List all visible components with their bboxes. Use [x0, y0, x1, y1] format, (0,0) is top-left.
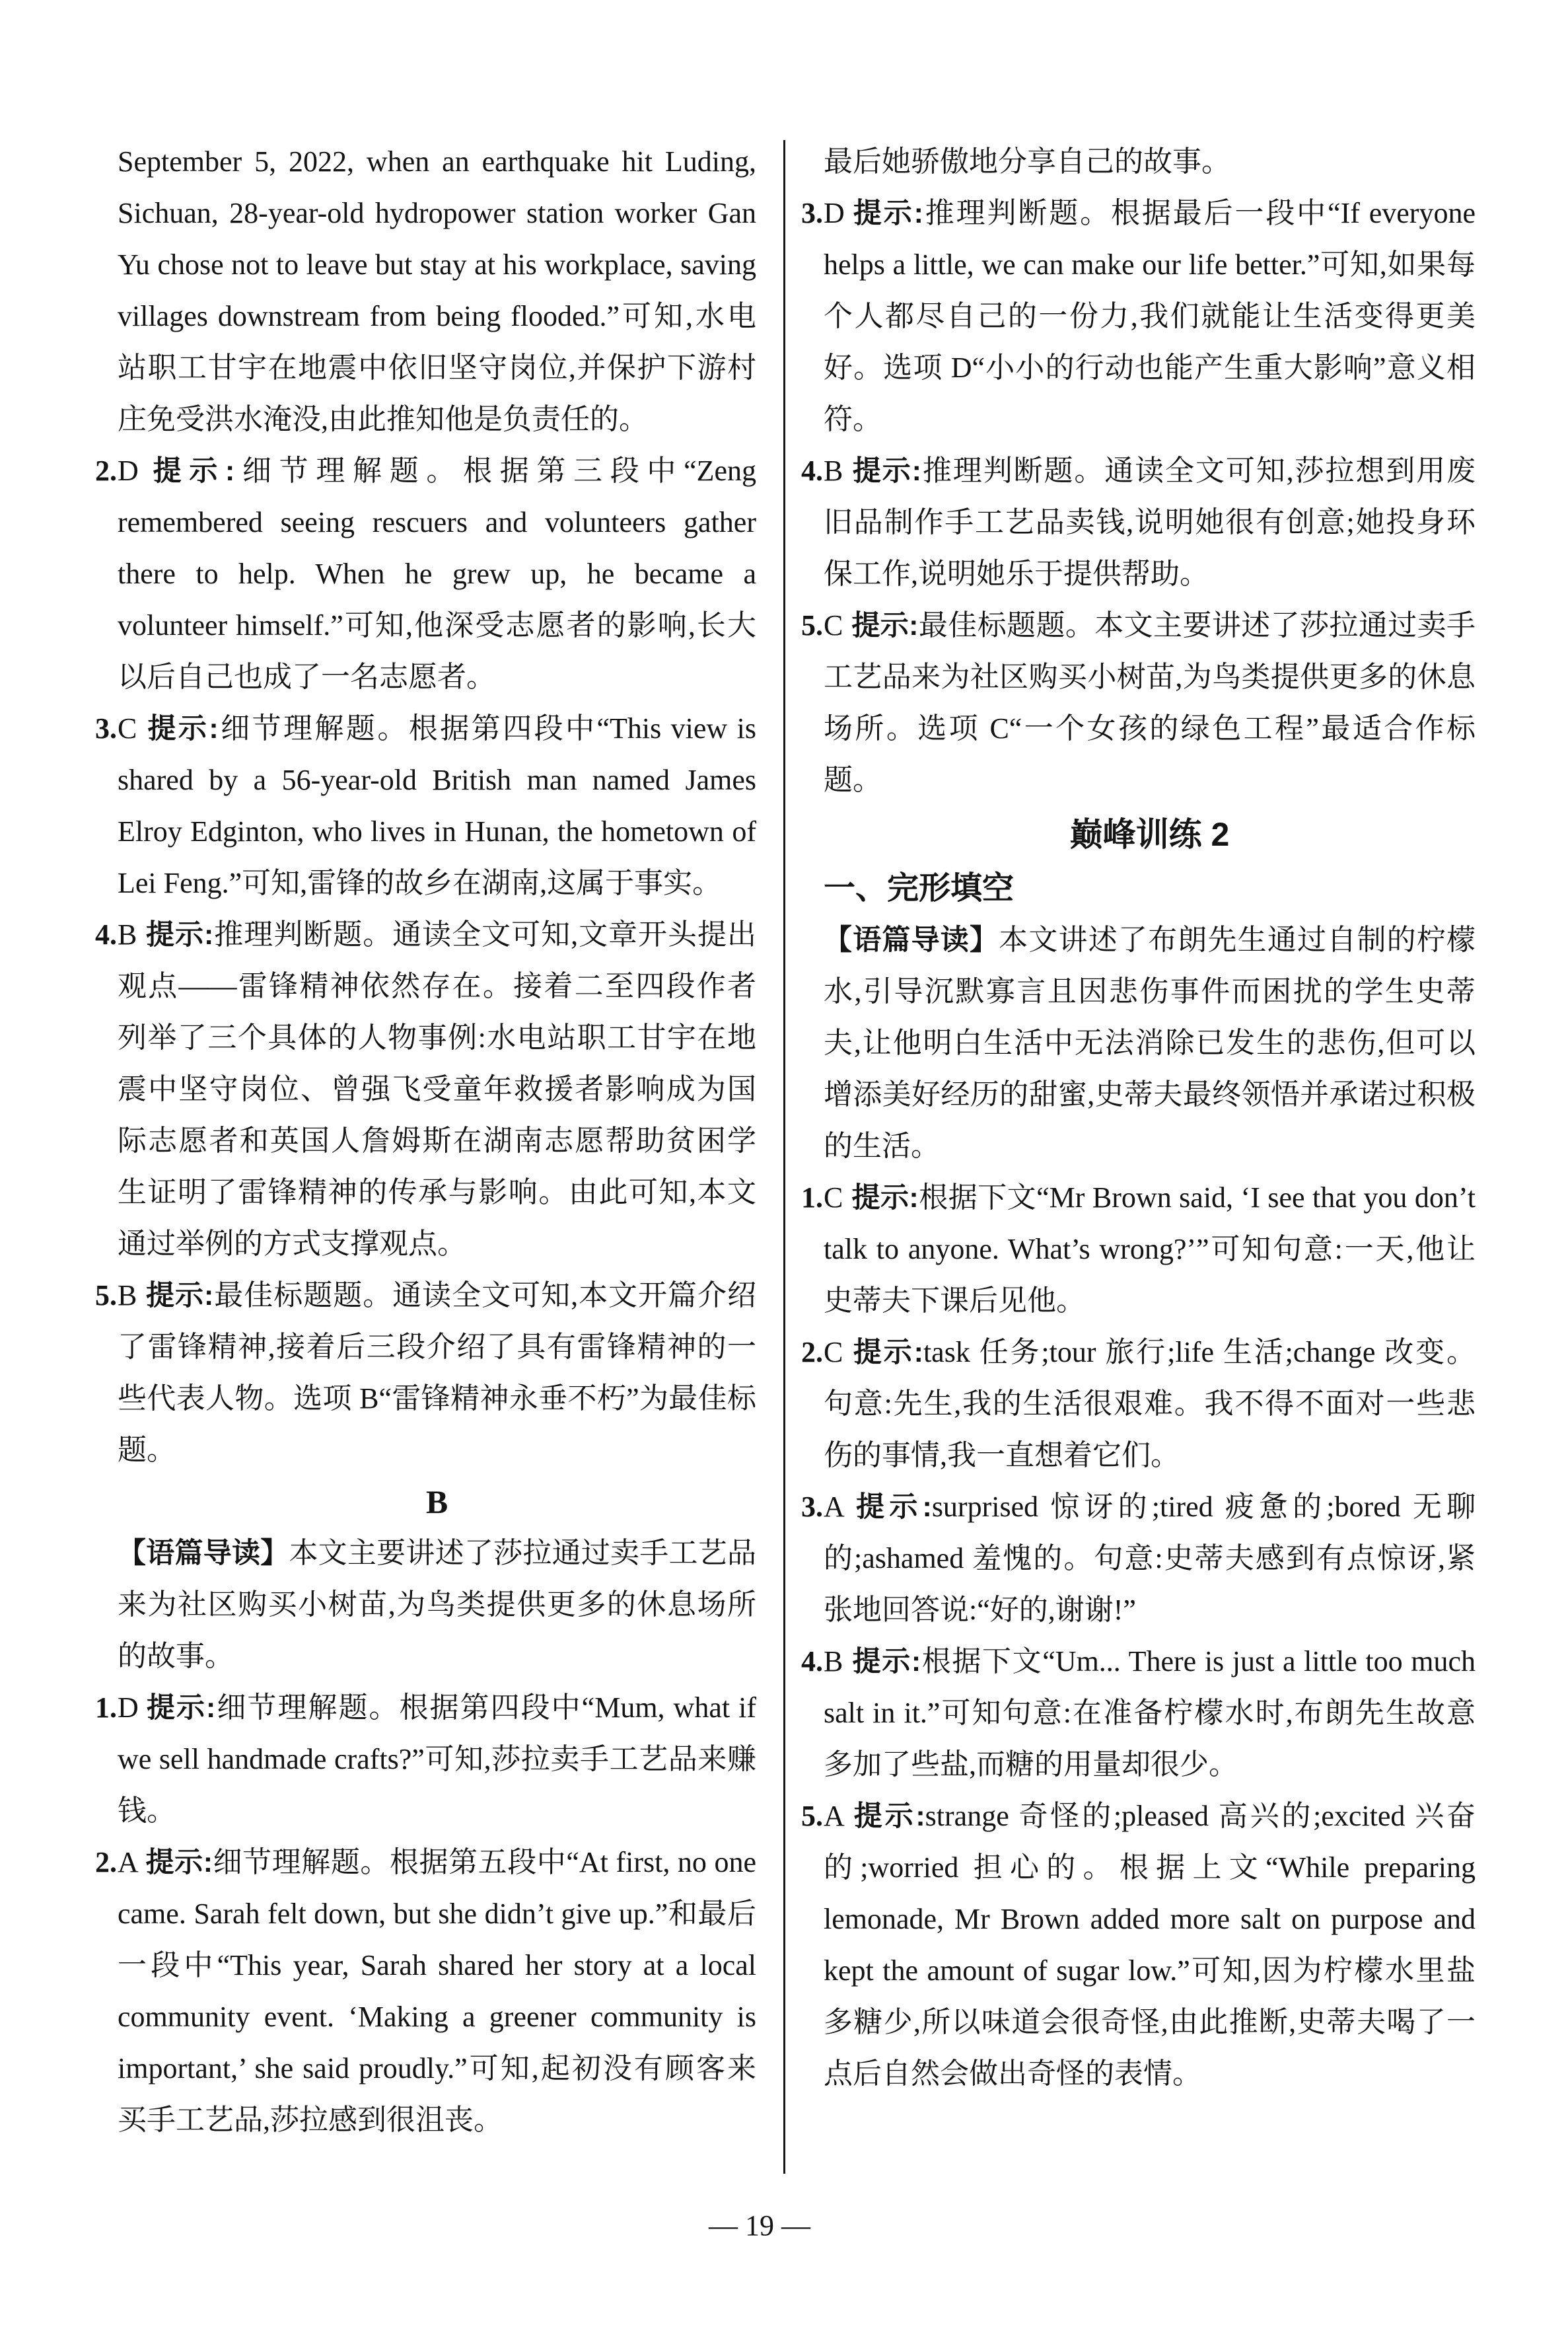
item-number: 5. [801, 1790, 824, 1842]
item-explanation: 根据下文“Um... There is just a little too mu… [824, 1645, 1476, 1781]
continued-paragraph: September 5, 2022, when an earthquake hi… [118, 136, 756, 445]
item-number: 1. [95, 1682, 118, 1734]
answer-item: 2.C提示:task 任务;tour 旅行;life 生活;change 改变。… [824, 1327, 1476, 1481]
answer-item: 2.A提示:细节理解题。根据第五段中“At first, no one came… [118, 1837, 756, 2146]
item-number: 3. [95, 703, 118, 755]
item-explanation: 推理判断题。根据最后一段中“If everyone helps a little… [824, 197, 1476, 435]
answer-item: 3.A提示:surprised 惊讶的;tired 疲惫的;bored 无聊的;… [824, 1481, 1476, 1636]
answer-letter: C [118, 703, 145, 755]
answer-item: 5.C提示:最佳标题题。本文主要讲述了莎拉通过卖手工艺品来为社区购买小树苗,为鸟… [824, 600, 1476, 806]
workbook-answer-page: September 5, 2022, when an earthquake hi… [0, 0, 1568, 2325]
answer-letter: C [824, 600, 851, 651]
answer-item: 4.B提示:推理判断题。通读全文可知,文章开头提出观点——雷锋精神依然存在。接着… [118, 909, 756, 1270]
answer-item: 3.D提示:推理判断题。根据最后一段中“If everyone helps a … [824, 188, 1476, 445]
guide-label: 【语篇导读】 [118, 1537, 289, 1569]
answer-letter: B [118, 909, 145, 961]
answer-item: 1.D提示:细节理解题。根据第四段中“Mum, what if we sell … [118, 1682, 756, 1837]
item-number: 5. [95, 1270, 118, 1321]
item-number: 2. [95, 1837, 118, 1888]
column-divider-rule [783, 140, 785, 2174]
item-explanation: 推理判断题。通读全文可知,文章开头提出观点——雷锋精神依然存在。接着二至四段作者… [118, 918, 756, 1260]
answer-item: 1.C提示:根据下文“Mr Brown said, ‘I see that yo… [824, 1172, 1476, 1327]
answer-letter: A [118, 1837, 145, 1888]
answer-letter: C [824, 1327, 851, 1378]
right-column: 最后她骄傲地分享自己的故事。3.D提示:推理判断题。根据最后一段中“If eve… [824, 136, 1476, 2100]
item-explanation: 推理判断题。通读全文可知,莎拉想到用废旧品制作手工艺品卖钱,说明她很有创意;她投… [824, 455, 1476, 590]
item-number: 2. [95, 445, 118, 497]
tip-label: 提示: [851, 1646, 921, 1678]
answer-letter: C [824, 1172, 851, 1224]
item-explanation: 根据下文“Mr Brown said, ‘I see that you don’… [824, 1181, 1476, 1317]
item-number: 4. [95, 909, 118, 961]
tip-label: 提示: [851, 610, 919, 642]
item-number: 4. [801, 1636, 824, 1687]
exercise-type-heading: 一、完形填空 [824, 863, 1476, 914]
tip-label: 提示: [851, 1182, 919, 1214]
passage-guide: 【语篇导读】本文主要讲述了莎拉通过卖手工艺品来为社区购买小树苗,为鸟类提供更多的… [118, 1528, 756, 1682]
answer-item: 4.B提示:推理判断题。通读全文可知,莎拉想到用废旧品制作手工艺品卖钱,说明她很… [824, 445, 1476, 600]
answer-item: 5.B提示:最佳标题题。通读全文可知,本文开篇介绍了雷锋精神,接着后三段介绍了具… [118, 1270, 756, 1476]
tip-label: 提示: [851, 455, 921, 487]
item-number: 3. [801, 1481, 824, 1533]
answer-letter: D [118, 1682, 145, 1734]
left-column: September 5, 2022, when an earthquake hi… [118, 136, 756, 2146]
item-explanation: 最佳标题题。本文主要讲述了莎拉通过卖手工艺品来为社区购买小树苗,为鸟类提供更多的… [824, 609, 1476, 796]
tip-label: 提示: [145, 1692, 215, 1724]
answer-letter: D [118, 445, 145, 497]
item-number: 3. [801, 188, 824, 239]
tip-label: 提示: [851, 198, 923, 229]
tip-label: 提示: [145, 919, 213, 951]
passage-section-letter: B [118, 1476, 756, 1528]
tip-label: 提示: [145, 713, 219, 745]
answer-letter: B [824, 1636, 851, 1687]
item-number: 5. [801, 600, 824, 651]
guide-label: 【语篇导读】 [824, 924, 999, 956]
tip-label: 提示: [851, 1491, 932, 1523]
answer-letter: A [824, 1790, 851, 1842]
answer-item: 2.D提示:细节理解题。根据第三段中“Zeng remembered seein… [118, 445, 756, 703]
answer-letter: B [824, 445, 851, 497]
item-explanation: strange 奇怪的;pleased 高兴的;excited 兴奋的;worr… [824, 1800, 1476, 2090]
tip-label: 提示: [145, 1847, 213, 1878]
tip-label: 提示: [145, 455, 234, 487]
answer-letter: B [118, 1270, 145, 1321]
continued-paragraph: 最后她骄傲地分享自己的故事。 [824, 136, 1476, 188]
tip-label: 提示: [851, 1800, 925, 1832]
passage-guide: 【语篇导读】本文讲述了布朗先生通过自制的柠檬水,引导沉默寡言且因悲伤事件而困扰的… [824, 914, 1476, 1172]
item-number: 1. [801, 1172, 824, 1224]
tip-label: 提示: [145, 1280, 213, 1311]
answer-item: 5.A提示:strange 奇怪的;pleased 高兴的;excited 兴奋… [824, 1790, 1476, 2100]
item-explanation: 细节理解题。根据第三段中“Zeng remembered seeing resc… [118, 455, 756, 693]
answer-letter: A [824, 1481, 851, 1533]
item-explanation: 最佳标题题。通读全文可知,本文开篇介绍了雷锋精神,接着后三段介绍了具有雷锋精神的… [118, 1279, 756, 1466]
guide-text: 本文讲述了布朗先生通过自制的柠檬水,引导沉默寡言且因悲伤事件而困扰的学生史蒂夫,… [824, 924, 1476, 1162]
answer-letter: D [824, 188, 851, 239]
answer-item: 4.B提示:根据下文“Um... There is just a little … [824, 1636, 1476, 1790]
item-number: 2. [801, 1327, 824, 1378]
training-section-heading: 巅峰训练 2 [824, 809, 1476, 860]
tip-label: 提示: [851, 1337, 923, 1368]
item-explanation: 细节理解题。根据第五段中“At first, no one came. Sara… [118, 1846, 756, 2136]
answer-item: 3.C提示:细节理解题。根据第四段中“This view is shared b… [118, 703, 756, 909]
page-number: — 19 — [0, 2200, 1519, 2252]
item-number: 4. [801, 445, 824, 497]
